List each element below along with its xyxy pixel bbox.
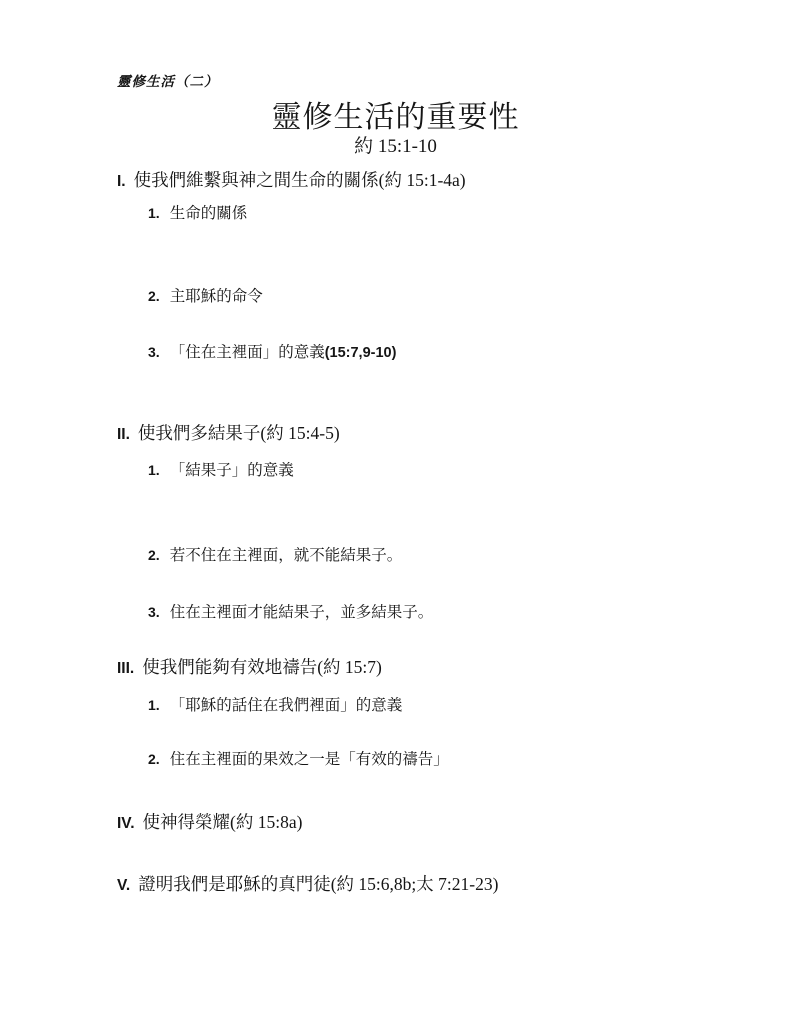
section-heading-4: IV.使神得榮耀(約 15:8a) — [117, 812, 302, 834]
scripture-reference: 約 15:1-10 — [0, 131, 791, 158]
section-heading-text: 使我們維繫與神之間生命的關係(約 15:1-4a) — [134, 170, 466, 190]
outline-item: 2.若不住在主裡面，就不能結果子。 — [148, 546, 402, 565]
item-number: 3. — [148, 604, 160, 620]
section-heading-2: II.使我們多結果子(約 15:4-5) — [117, 423, 340, 445]
outline-item: 1.生命的關係 — [148, 204, 247, 223]
section-heading-1: I.使我們維繫與神之間生命的關係(約 15:1-4a) — [117, 170, 466, 192]
section-heading-text: 使我們能夠有效地禱告(約 15:7) — [142, 657, 382, 677]
document-page: 靈修生活（二） 靈修生活的重要性 約 15:1-10 I.使我們維繫與神之間生命… — [0, 0, 791, 1024]
item-text: 生命的關係 — [170, 205, 248, 222]
item-text: 「結果子」的意義 — [170, 462, 294, 479]
item-number: 1. — [148, 462, 160, 478]
section-heading-text: 使我們多結果子(約 15:4-5) — [138, 423, 340, 443]
outline-item: 1.「耶穌的話住在我們裡面」的意義 — [148, 696, 402, 715]
item-verse-suffix: (15:7,9-10) — [325, 345, 397, 361]
section-heading-5: V.證明我們是耶穌的真門徒(約 15:6,8b;太 7:21-23) — [117, 874, 498, 896]
item-number: 2. — [148, 547, 160, 563]
section-heading-text: 使神得榮耀(約 15:8a) — [143, 812, 303, 832]
outline-item: 1.「結果子」的意義 — [148, 461, 294, 480]
section-numeral: II. — [117, 426, 130, 443]
section-numeral: I. — [117, 173, 126, 190]
item-number: 2. — [148, 288, 160, 304]
section-numeral: V. — [117, 877, 130, 894]
document-series-label: 靈修生活（二） — [117, 70, 219, 90]
item-text: 住在主裡面的果效之一是「有效的禱告」 — [170, 751, 449, 768]
outline-item: 3.住在主裡面才能結果子，並多結果子。 — [148, 603, 433, 622]
section-numeral: IV. — [117, 815, 135, 832]
item-number: 3. — [148, 344, 160, 360]
item-text: 「住在主裡面」的意義 — [170, 344, 325, 361]
section-numeral: III. — [117, 660, 134, 677]
page-title: 靈修生活的重要性 — [0, 92, 791, 136]
item-number: 2. — [148, 751, 160, 767]
item-text: 住在主裡面才能結果子，並多結果子。 — [170, 604, 434, 621]
section-heading-3: III.使我們能夠有效地禱告(約 15:7) — [117, 657, 382, 679]
item-text: 「耶穌的話住在我們裡面」的意義 — [170, 697, 403, 714]
item-text: 主耶穌的命令 — [170, 288, 263, 305]
section-heading-text: 證明我們是耶穌的真門徒(約 15:6,8b;太 7:21-23) — [138, 874, 498, 894]
outline-item: 2.住在主裡面的果效之一是「有效的禱告」 — [148, 750, 449, 769]
item-number: 1. — [148, 697, 160, 713]
outline-item: 2.主耶穌的命令 — [148, 287, 263, 306]
item-number: 1. — [148, 205, 160, 221]
outline-item: 3.「住在主裡面」的意義(15:7,9-10) — [148, 343, 396, 362]
item-text: 若不住在主裡面，就不能結果子。 — [170, 547, 403, 564]
